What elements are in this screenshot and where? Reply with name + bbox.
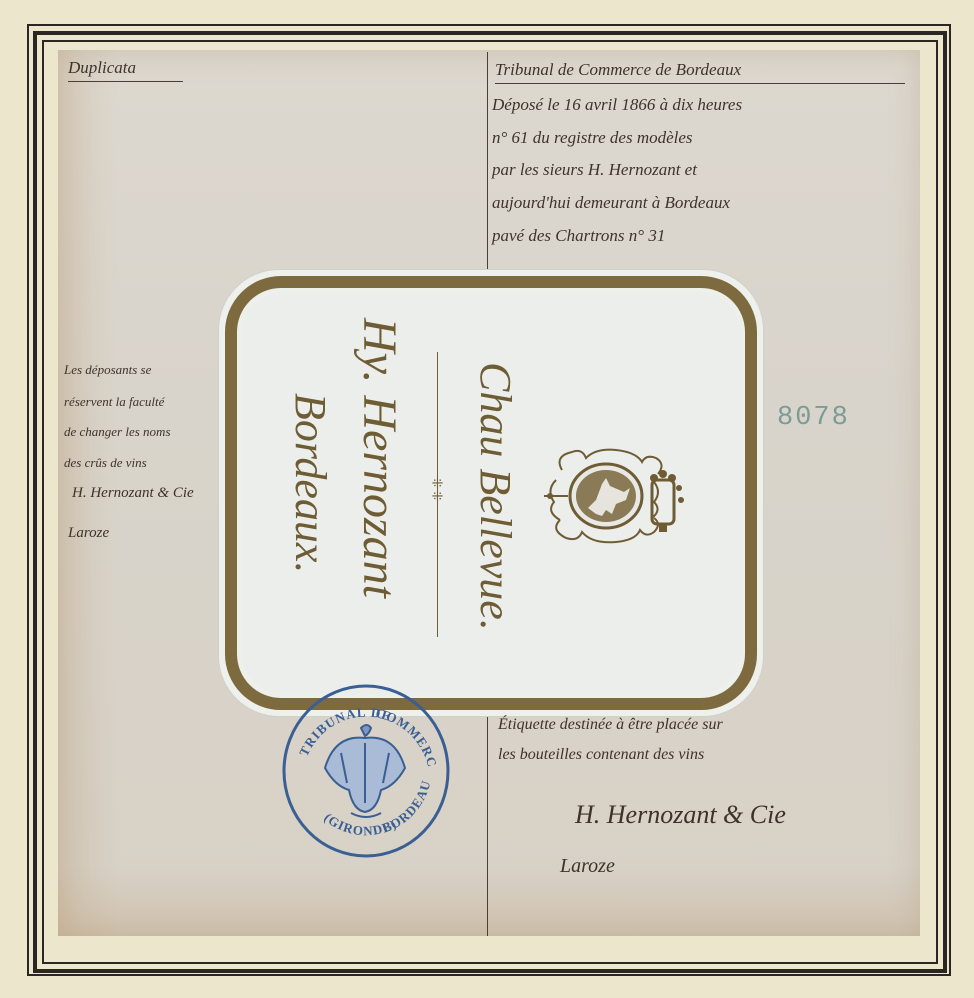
bottom-signature-clerk: Laroze — [560, 855, 615, 878]
left-signature-clerk: Laroze — [68, 525, 109, 542]
left-note-line-2: réservent la faculté — [64, 394, 164, 410]
deposit-line-5: pavé des Chartrons n° 31 — [492, 226, 665, 246]
deposit-line-4: aujourd'hui demeurant à Bordeaux — [492, 193, 730, 213]
deposit-line-2: n° 61 du registre des modèles — [492, 128, 693, 148]
heraldic-crest-icon — [542, 440, 687, 552]
deposit-line-1: Déposé le 16 avril 1866 à dix heures — [492, 95, 742, 115]
bottom-note-line-1: Étiquette destinée à être placée sur — [498, 716, 723, 734]
tribunal-seal-stamp: TRIBUNAL DE COMMERCE DE (GIRONDE) BORDEA… — [281, 683, 451, 859]
left-note-line-1: Les déposants se — [64, 362, 151, 378]
header-duplicata: Duplicata — [68, 58, 183, 82]
label-chateau-name: Chau Bellevue. — [470, 362, 521, 631]
registration-number-stamp: 8078 — [777, 403, 850, 433]
left-note-line-4: des crûs de vins — [64, 455, 147, 471]
paper-stain-bottom — [58, 866, 920, 936]
label-ornament-icon: ⁜⁜ — [431, 478, 444, 518]
bottom-signature-company: H. Hernozant & Cie — [575, 800, 786, 830]
label-owner-name: Hy. Hernozant — [352, 318, 407, 598]
header-tribunal: Tribunal de Commerce de Bordeaux — [495, 60, 905, 84]
imperial-eagle-icon — [325, 725, 405, 817]
bottom-note-line-2: les bouteilles contenant des vins — [498, 746, 704, 764]
left-note-line-3: de changer les noms — [64, 424, 171, 440]
label-city: Bordeaux. — [285, 393, 336, 573]
left-signature-company: H. Hernozant & Cie — [72, 485, 194, 502]
deposit-line-3: par les sieurs H. Hernozant et — [492, 160, 697, 180]
